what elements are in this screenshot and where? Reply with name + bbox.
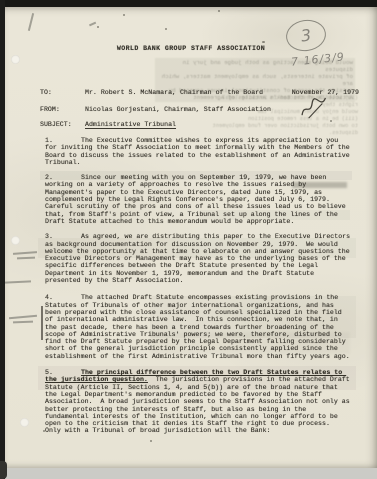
circled-number-text: 3 (300, 25, 313, 45)
paragraph-5: 5.The principal difference between the t… (45, 369, 353, 435)
bleedthrough-text-block: (ii) would be restricted in invoking leg… (210, 95, 358, 137)
toner-speck (123, 14, 125, 16)
memo-body: 1.The Executive Committee wishes to expr… (45, 137, 353, 435)
hole-punch (11, 236, 20, 245)
hole-punch (20, 418, 29, 427)
paragraph-text: Since our meeting with you on September … (45, 174, 350, 225)
scan-edge-blob (0, 461, 7, 479)
pencil-margin-line (41, 306, 43, 340)
toner-speck (43, 430, 45, 432)
paragraph-number: 4. (45, 294, 81, 301)
pencil-margin-mark (13, 251, 37, 255)
subject-label: SUBJECT: (40, 121, 85, 128)
toner-speck (330, 120, 332, 122)
paper-sheet: would being seen acting as both judge an… (5, 7, 377, 468)
pencil-margin-mark (17, 257, 35, 259)
header-subject-row: SUBJECT: Administrative Tribunal (40, 121, 359, 128)
toner-speck (262, 41, 265, 43)
scanned-memo: would being seen acting as both judge an… (0, 0, 377, 479)
paragraph-text: As agreed, we are distributing this pape… (45, 233, 354, 284)
toner-speck (218, 10, 220, 12)
pencil-margin-mark (13, 321, 33, 323)
paragraph-1: 1.The Executive Committee wishes to expr… (45, 137, 353, 166)
paragraph-4: 4.The attached Draft Statute encompasses… (45, 294, 353, 360)
scanner-background (0, 468, 377, 479)
paragraph-2: 2.Since our meeting with you on Septembe… (45, 174, 353, 225)
bleedthrough-line: of private interests, such as employment… (157, 73, 353, 87)
to-value: Mr. Robert S. McNamara, Chairman of the … (85, 89, 263, 96)
from-value: Nicolas Gorjestani, Chairman, Staff Asso… (85, 106, 271, 113)
paragraph-number: 3. (45, 233, 81, 240)
toner-speck (150, 440, 152, 442)
pencil-margin-mark (9, 315, 37, 319)
toner-speck (97, 26, 99, 28)
hole-punch (11, 55, 20, 64)
paragraph-text: The Executive Committee wishes to expres… (45, 137, 354, 166)
paragraph-text: The attached Draft Statute encompasses e… (45, 294, 350, 359)
pencil-stray-mark (89, 22, 96, 26)
to-label: TO: (40, 89, 85, 96)
from-label: FROM: (40, 106, 85, 113)
toner-speck (165, 28, 167, 30)
scan-edge (0, 0, 5, 479)
pencil-stray-mark (28, 13, 34, 31)
header-to-row: TO: Mr. Robert S. McNamara, Chairman of … (40, 89, 359, 96)
subject-value: Administrative Tribunal (85, 121, 176, 128)
paragraph-3: 3.As agreed, we are distributing this pa… (45, 233, 353, 284)
paragraph-text: The jurisdiction provisions in the attac… (45, 376, 354, 434)
document-title: WORLD BANK GROUP STAFF ASSOCIATION (5, 45, 377, 52)
pencil-margin-mark (5, 280, 31, 283)
